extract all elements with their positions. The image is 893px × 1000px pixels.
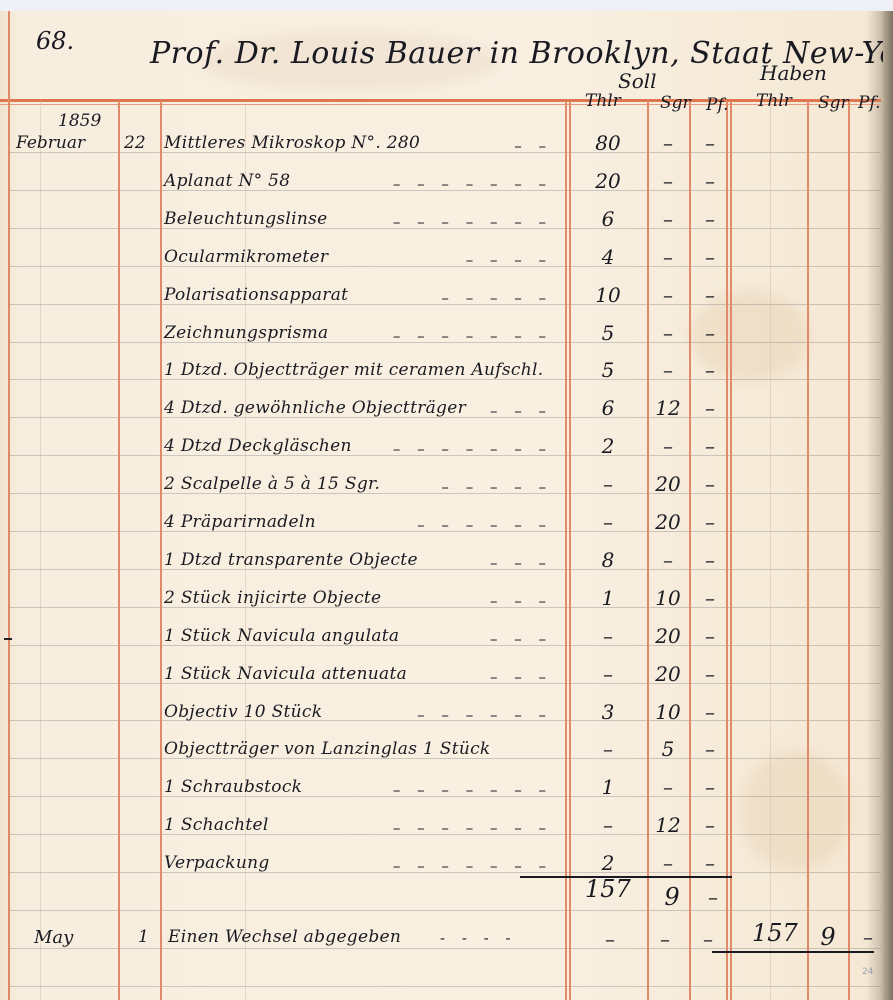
entry-description: Zeichnungsprisma xyxy=(164,325,328,342)
payment-underline xyxy=(712,951,874,953)
entry-description: 1 Stück Navicula angulata xyxy=(164,628,399,645)
filler-dashes: – – – – – – – xyxy=(393,781,552,799)
entry-debit-sgr: – xyxy=(648,436,688,456)
filler-dashes: – – – – xyxy=(466,251,552,269)
payment-debit-sgr: – xyxy=(645,929,685,949)
entry-debit-sgr: – xyxy=(648,133,688,153)
table-row: 1 Schachtel– – – – – – ––12– xyxy=(0,817,893,847)
entry-description: 4 Dtzd. gewöhnliche Objectträger xyxy=(164,400,466,417)
entry-debit-thlr: 6 xyxy=(588,209,628,229)
soll-label: Soll xyxy=(618,71,657,91)
table-row: 2 Scalpelle à 5 à 15 Sgr.– – – – ––20– xyxy=(0,476,893,506)
entry-debit-pf: – xyxy=(690,512,730,532)
entry-debit-pf: – xyxy=(690,815,730,835)
table-row: 4 Präparirnadeln– – – – – ––20– xyxy=(0,514,893,544)
table-row: Zeichnungsprisma– – – – – – –5–– xyxy=(0,325,893,355)
entry-debit-thlr: 6 xyxy=(588,398,628,418)
haben-label: Haben xyxy=(760,63,827,83)
entry-debit-sgr: – xyxy=(648,171,688,191)
table-row: 1 Dtzd. Objectträger mit ceramen Aufschl… xyxy=(0,362,893,392)
credit-sgr-header: Sgr xyxy=(818,95,849,112)
entry-debit-thlr: 4 xyxy=(588,247,628,267)
entry-debit-sgr: – xyxy=(648,323,688,343)
entry-debit-pf: – xyxy=(690,360,730,380)
table-row: 1 Schraubstock– – – – – – –1–– xyxy=(0,779,893,809)
entry-debit-thlr: 2 xyxy=(588,436,628,456)
table-row: Verpackung– – – – – – –2–– xyxy=(0,855,893,885)
table-row: Mittleres Mikroskop N°. 280– –80–– xyxy=(0,135,893,165)
entry-debit-pf: – xyxy=(690,133,730,153)
credit-pf-header: Pf. xyxy=(858,95,881,112)
table-row: 1 Stück Navicula angulata– – ––20– xyxy=(0,628,893,658)
entry-description: Mittleres Mikroskop N°. 280 xyxy=(164,135,420,152)
entry-debit-pf: – xyxy=(690,323,730,343)
payment-month: May xyxy=(34,929,73,947)
payment-credit-sgr: 9 xyxy=(808,925,848,949)
entry-description: 2 Scalpelle à 5 à 15 Sgr. xyxy=(164,476,380,493)
subtotal-sgr: 9 xyxy=(652,885,692,909)
entry-debit-sgr: – xyxy=(648,853,688,873)
filler-dashes: – – – – – – xyxy=(417,706,552,724)
entry-description: 1 Stück Navicula attenuata xyxy=(164,666,407,683)
entry-debit-sgr: – xyxy=(648,550,688,570)
entry-debit-thlr: – xyxy=(588,474,628,494)
filler-dashes: – – – – – – – xyxy=(393,819,552,837)
entry-debit-sgr: 5 xyxy=(648,739,688,759)
entry-debit-pf: – xyxy=(690,398,730,418)
table-row: 2 Stück injicirte Objecte– – –110– xyxy=(0,590,893,620)
entry-description: Verpackung xyxy=(164,855,270,872)
pencil-note: 24 xyxy=(862,967,873,977)
entry-debit-thlr: 10 xyxy=(588,285,628,305)
ruled-line xyxy=(8,910,881,911)
entry-debit-thlr: 2 xyxy=(588,853,628,873)
payment-description: Einen Wechsel abgegeben xyxy=(168,929,401,946)
filler-dashes: – – – – – xyxy=(441,478,552,496)
entry-debit-pf: – xyxy=(690,853,730,873)
entry-debit-pf: – xyxy=(690,664,730,684)
entry-description: 1 Schachtel xyxy=(164,817,269,834)
entry-description: 2 Stück injicirte Objecte xyxy=(164,590,381,607)
entry-debit-sgr: 12 xyxy=(648,815,688,835)
entry-debit-thlr: 5 xyxy=(588,360,628,380)
entry-debit-thlr: 5 xyxy=(588,323,628,343)
filler-dashes: – – – – – – – xyxy=(393,440,552,458)
table-row: 1 Dtzd transparente Objecte– – –8–– xyxy=(0,552,893,582)
entry-debit-thlr: – xyxy=(588,626,628,646)
filler-dashes: – – – xyxy=(490,554,552,572)
entry-debit-pf: – xyxy=(690,285,730,305)
book-binding-edge xyxy=(883,11,893,1000)
credit-thlr-header: Thlr xyxy=(756,93,792,110)
entry-description: 4 Dtzd Deckgläschen xyxy=(164,438,352,455)
entry-debit-pf: – xyxy=(690,247,730,267)
table-row: Objectträger von Lanzinglas 1 Stück–5– xyxy=(0,741,893,771)
payment-debit-pf: – xyxy=(688,929,728,949)
table-row: 4 Dtzd. gewöhnliche Objectträger– – –612… xyxy=(0,400,893,430)
filler-dashes: – – – – – – – xyxy=(393,857,552,875)
table-row: Aplanat N° 58– – – – – – –20–– xyxy=(0,173,893,203)
ruled-line xyxy=(8,986,881,987)
entry-debit-sgr: 10 xyxy=(648,702,688,722)
entry-description: Objectiv 10 Stück xyxy=(164,704,322,721)
entry-debit-pf: – xyxy=(690,550,730,570)
payment-debit-thlr: – xyxy=(590,929,630,949)
debit-pf-header: Pf. xyxy=(706,97,729,114)
entry-debit-thlr: 3 xyxy=(588,702,628,722)
entry-debit-thlr: 1 xyxy=(588,588,628,608)
entry-description: Beleuchtungslinse xyxy=(164,211,328,228)
filler-dashes: – – – xyxy=(490,402,552,420)
filler-dashes: – – – – – xyxy=(441,289,552,307)
entry-description: Objectträger von Lanzinglas 1 Stück xyxy=(164,741,491,758)
entry-debit-pf: – xyxy=(690,209,730,229)
entry-debit-thlr: 20 xyxy=(588,171,628,191)
filler-dashes: – – – xyxy=(490,592,552,610)
entry-debit-thlr: – xyxy=(588,664,628,684)
entry-debit-pf: – xyxy=(690,171,730,191)
entry-debit-sgr: – xyxy=(648,360,688,380)
header-red-rule xyxy=(0,99,881,102)
filler-dashes: – – – xyxy=(490,630,552,648)
ruled-line xyxy=(8,948,881,949)
entry-description: 1 Dtzd transparente Objecte xyxy=(164,552,418,569)
page-number: 68. xyxy=(36,29,74,53)
entry-debit-sgr: – xyxy=(648,247,688,267)
entry-debit-pf: – xyxy=(690,777,730,797)
table-row: Ocularmikrometer– – – –4–– xyxy=(0,249,893,279)
filler-dashes: – – xyxy=(514,137,552,155)
entry-debit-pf: – xyxy=(690,436,730,456)
entry-debit-thlr: 80 xyxy=(588,133,628,153)
filler-dashes: – – – – – – – xyxy=(393,327,552,345)
entry-description: Ocularmikrometer xyxy=(164,249,328,266)
entry-debit-thlr: – xyxy=(588,815,628,835)
entry-description: 1 Schraubstock xyxy=(164,779,302,796)
table-row: Polarisationsapparat– – – – –10–– xyxy=(0,287,893,317)
entry-debit-pf: – xyxy=(690,474,730,494)
payment-day: 1 xyxy=(138,929,149,946)
entry-debit-sgr: – xyxy=(648,209,688,229)
entry-debit-thlr: – xyxy=(588,739,628,759)
entry-description: 4 Präparirnadeln xyxy=(164,514,316,531)
payment-credit-thlr: 157 xyxy=(752,921,792,945)
entry-debit-sgr: 20 xyxy=(648,474,688,494)
debit-sgr-header: Sgr xyxy=(660,95,691,112)
entry-debit-pf: – xyxy=(690,739,730,759)
entry-debit-pf: – xyxy=(690,588,730,608)
table-row: 1 Stück Navicula attenuata– – ––20– xyxy=(0,666,893,696)
filler-dashes: - - - - xyxy=(440,929,517,947)
entry-debit-sgr: 20 xyxy=(648,664,688,684)
entry-debit-sgr: 20 xyxy=(648,626,688,646)
entry-year: 1859 xyxy=(58,113,101,130)
entry-debit-sgr: 10 xyxy=(648,588,688,608)
filler-dashes: – – – xyxy=(490,668,552,686)
entry-debit-pf: – xyxy=(690,626,730,646)
debit-thlr-header: Thlr xyxy=(585,93,621,110)
subtotal-thlr: 157 xyxy=(585,877,625,901)
table-row: Objectiv 10 Stück– – – – – –310– xyxy=(0,704,893,734)
entry-description: Aplanat N° 58 xyxy=(164,173,290,190)
filler-dashes: – – – – – – – xyxy=(393,213,552,231)
filler-dashes: – – – – – – – xyxy=(393,175,552,193)
entry-debit-thlr: – xyxy=(588,512,628,532)
header-red-rule-thin xyxy=(0,104,881,105)
entry-debit-sgr: – xyxy=(648,777,688,797)
entry-debit-sgr: 20 xyxy=(648,512,688,532)
payment-credit-pf: – xyxy=(848,927,888,947)
table-row: Beleuchtungslinse– – – – – – –6–– xyxy=(0,211,893,241)
entry-debit-pf: – xyxy=(690,702,730,722)
entry-debit-thlr: 1 xyxy=(588,777,628,797)
entry-debit-sgr: – xyxy=(648,285,688,305)
table-row: 4 Dtzd Deckgläschen– – – – – – –2–– xyxy=(0,438,893,468)
filler-dashes: – – – – – – xyxy=(417,516,552,534)
entry-debit-sgr: 12 xyxy=(648,398,688,418)
subtotal-pf: – xyxy=(693,887,733,907)
entry-description: 1 Dtzd. Objectträger mit ceramen Aufschl… xyxy=(164,362,543,379)
ledger-page: 68. Prof. Dr. Louis Bauer in Brooklyn, S… xyxy=(0,11,893,1000)
entry-debit-thlr: 8 xyxy=(588,550,628,570)
entry-description: Polarisationsapparat xyxy=(164,287,348,304)
